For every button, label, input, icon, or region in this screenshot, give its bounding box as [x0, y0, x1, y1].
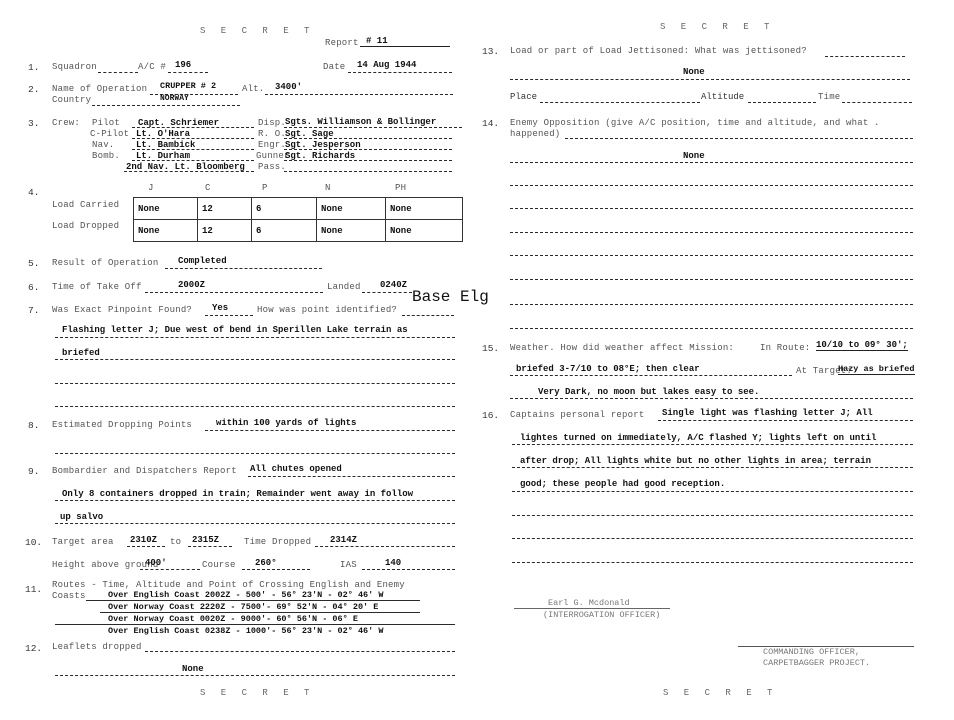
interrogation-officer-title: (INTERROGATION OFFICER) [543, 610, 660, 620]
crew-underline [132, 149, 254, 150]
captains-report-label: Captains personal report [510, 410, 644, 420]
coasts-label: Coasts [52, 591, 86, 601]
course-label: Course [202, 560, 236, 570]
takeoff-value: 2000Z [178, 280, 205, 290]
detail-underline [55, 337, 455, 338]
place-label: Place [510, 92, 537, 102]
item-number: 6. [28, 282, 39, 293]
crew-underline [284, 149, 452, 150]
landed-underline [362, 292, 412, 293]
ac-value: 196 [175, 60, 191, 70]
table-cell: None [386, 198, 463, 220]
load-carried-row: None 12 6 None None [134, 198, 463, 220]
blank-line [512, 562, 913, 563]
weather-underline [510, 398, 913, 399]
to-underline [188, 546, 232, 547]
landed-label: Landed [327, 282, 361, 292]
enemy-opposition-label-2: happened) [510, 129, 560, 139]
crew-role: Bomb. [92, 151, 120, 161]
time-field [842, 102, 912, 103]
load-table: None 12 6 None None None 12 6 None None [133, 197, 463, 242]
enemy-opposition-label: Enemy Opposition (give A/C position, tim… [510, 118, 880, 128]
jettisoned-underline [510, 79, 910, 80]
in-route-label: In Route: [760, 343, 810, 353]
squadron-field [98, 72, 138, 73]
crew-role: Nav. [92, 140, 114, 150]
pinpoint-label: Was Exact Pinpoint Found? [52, 305, 192, 315]
takeoff-label: Time of Take Off [52, 282, 142, 292]
height-underline [140, 569, 200, 570]
report-underline [512, 467, 913, 468]
route-entry: Over Norway Coast 2220Z - 7500'- 69° 52'… [108, 602, 378, 612]
bombardier-detail-line: Only 8 containers dropped in train; Rema… [62, 489, 413, 499]
altitude-field [748, 102, 816, 103]
ias-label: IAS [340, 560, 357, 570]
base-stamp-overlay: Base Elg [412, 288, 489, 306]
course-value: 260° [255, 558, 277, 568]
date-label: Date [323, 62, 345, 72]
report-label: Report [325, 38, 359, 48]
ias-value: 140 [385, 558, 401, 568]
pinpoint-found-value: Yes [212, 303, 228, 313]
commanding-officer-unit: CARPETBAGGER PROJECT. [763, 658, 870, 668]
country-label: Country [52, 95, 91, 105]
leaflets-underline [145, 651, 455, 652]
crew-underline [284, 138, 452, 139]
pinpoint-detail-line: briefed [62, 348, 100, 358]
table-cell: 6 [252, 198, 317, 220]
enemy-underline [565, 138, 913, 139]
classification-header-right: S E C R E T [660, 22, 774, 32]
takeoff-underline [145, 292, 323, 293]
bombardier-report-value: All chutes opened [250, 464, 342, 474]
enemy-opposition-value: None [683, 151, 705, 161]
dropped-underline [315, 546, 455, 547]
from-underline [127, 546, 165, 547]
blank-line [55, 453, 455, 454]
route-underline [55, 624, 455, 625]
blank-line [512, 515, 913, 516]
result-underline [165, 268, 322, 269]
jettisoned-label: Load or part of Load Jettisoned: What wa… [510, 46, 807, 56]
alt-label: Alt. [242, 84, 264, 94]
target-from-value: 2310Z [130, 535, 157, 545]
ias-underline [362, 569, 455, 570]
date-underline [348, 72, 452, 73]
report-underline [658, 420, 913, 421]
item-number: 7. [28, 305, 39, 316]
route-entry: Over English Coast 2002Z - 500' - 56° 23… [108, 590, 383, 600]
crew-underline [284, 171, 452, 172]
stamp-line [510, 304, 913, 305]
blank-line [510, 208, 913, 209]
classification-header-left: S E C R E T [200, 26, 314, 36]
target-to-value: 2315Z [192, 535, 219, 545]
crew-underline [284, 127, 462, 128]
course-underline [242, 569, 310, 570]
classification-footer-right: S E C R E T [663, 688, 777, 698]
place-field [540, 102, 700, 103]
report-underline [512, 444, 913, 445]
captains-report-line: Single light was flashing letter J; All [662, 408, 873, 418]
table-cell: 12 [198, 198, 252, 220]
table-cell: None [317, 198, 386, 220]
load-col-header: C [205, 183, 211, 193]
weather-underline [510, 375, 792, 376]
landed-value: 0240Z [380, 280, 407, 290]
operation-label: Name of Operation [52, 84, 147, 94]
item-number: 5. [28, 258, 39, 269]
captains-report-line: good; these people had good reception. [520, 479, 725, 489]
crew-underline [132, 127, 254, 128]
crew-role: Pass. [258, 162, 286, 172]
item-number: 3. [28, 118, 39, 129]
routes-label: Routes - Time, Altitude and Point of Cro… [52, 580, 405, 590]
crew-role: Engr. [258, 140, 286, 150]
altitude-label: Altitude [701, 92, 744, 102]
weather-label: Weather. How did weather affect Mission: [510, 343, 734, 353]
route-entry: Over English Coast 0238Z - 1000'- 56° 23… [108, 626, 383, 636]
table-cell: 6 [252, 220, 317, 242]
crew-label: Crew: [52, 118, 80, 128]
leaflets-value: None [182, 664, 204, 674]
item-number: 11. [25, 584, 42, 595]
report-underline [512, 491, 913, 492]
load-col-header: P [262, 183, 268, 193]
report-number: # 11 [360, 36, 450, 47]
blank-line [55, 406, 455, 407]
time-label: Time [818, 92, 840, 102]
height-value: 400' [145, 558, 167, 568]
blank-line [510, 185, 913, 186]
alt-value: 3400' [275, 82, 302, 92]
dropping-points-value: within 100 yards of lights [216, 418, 356, 428]
item-number: 4. [28, 187, 39, 198]
crew-role: R. O. [258, 129, 286, 139]
captains-report-line: after drop; All lights white but no othe… [520, 456, 871, 466]
crew-underline [284, 160, 452, 161]
load-col-header: J [148, 183, 154, 193]
route-underline [100, 612, 420, 613]
bombardier-detail-line: up salvo [60, 512, 103, 522]
alt-underline [265, 94, 453, 95]
item-number: 1. [28, 62, 39, 73]
detail-underline [55, 500, 455, 501]
table-cell: 12 [198, 220, 252, 242]
item-number: 13. [482, 46, 499, 57]
jettisoned-underline [825, 56, 905, 57]
commanding-officer-title: COMMANDING OFFICER, [763, 647, 860, 657]
crew-underline [124, 171, 254, 172]
crew-role: Pilot [92, 118, 120, 128]
dropping-underline [205, 430, 455, 431]
result-value: Completed [178, 256, 227, 266]
crew-underline [132, 138, 254, 139]
classification-footer-left: S E C R E T [200, 688, 314, 698]
signature-line [514, 608, 670, 609]
dropping-points-label: Estimated Dropping Points [52, 420, 192, 430]
detail-underline [55, 523, 455, 524]
time-dropped-value: 2314Z [330, 535, 357, 545]
squadron-label: Squadron [52, 62, 97, 72]
ac-label: A/C # [138, 62, 166, 72]
how-underline [402, 315, 454, 316]
operation-value: CRUPPER # 2 [160, 81, 216, 91]
item-number: 15. [482, 343, 499, 354]
blank-line [510, 279, 913, 280]
result-label: Result of Operation [52, 258, 158, 268]
to-label: to [170, 537, 181, 547]
item-number: 14. [482, 118, 499, 129]
country-underline [92, 105, 240, 106]
blank-line [510, 255, 913, 256]
bombardier-underline [248, 476, 455, 477]
ac-underline [168, 72, 208, 73]
load-col-header: N [325, 183, 331, 193]
item-number: 9. [28, 466, 39, 477]
route-underline [86, 600, 420, 601]
item-number: 2. [28, 84, 39, 95]
load-dropped-label: Load Dropped [52, 221, 119, 231]
pinpoint-detail-line: Flashing letter J; Due west of bend in S… [62, 325, 408, 335]
leaflets-underline [55, 675, 455, 676]
found-underline [205, 315, 253, 316]
load-dropped-row: None 12 6 None None [134, 220, 463, 242]
crew-role: C-Pilot [90, 129, 129, 139]
route-entry: Over Norway Coast 0020Z - 9000'- 60° 56'… [108, 614, 358, 624]
captains-report-line: lightes turned on immediately, A/C flash… [520, 433, 876, 443]
country-value: NORWAY [160, 94, 189, 103]
weather-line-3: Very Dark, no moon but lakes easy to see… [538, 387, 759, 397]
load-carried-label: Load Carried [52, 200, 119, 210]
table-cell: None [134, 198, 198, 220]
jettisoned-value: None [683, 67, 705, 77]
weather-line-2: briefed 3-7/10 to 08°E; then clear [516, 364, 700, 374]
item-number: 12. [25, 643, 42, 654]
crew-underline [132, 160, 254, 161]
date-value: 14 Aug 1944 [357, 60, 416, 70]
crew-role: Disp. [258, 118, 286, 128]
in-route-value: 10/10 to 09° 30'; [816, 340, 908, 351]
time-dropped-label: Time Dropped [244, 537, 311, 547]
blank-line [510, 328, 913, 329]
item-number: 8. [28, 420, 39, 431]
item-number: 16. [482, 410, 499, 421]
bombardier-report-label: Bombardier and Dispatchers Report [52, 466, 237, 476]
blank-line [512, 538, 913, 539]
blank-line [510, 232, 913, 233]
table-cell: None [134, 220, 198, 242]
target-area-label: Target area [52, 537, 114, 547]
item-number: 10. [25, 537, 42, 548]
enemy-underline [510, 162, 913, 163]
crew-name: Sgts. Williamson & Bollinger [285, 117, 436, 127]
load-col-header: PH [395, 183, 406, 193]
table-cell: None [386, 220, 463, 242]
at-target-value: Hazy as briefed [838, 364, 915, 375]
table-cell: None [317, 220, 386, 242]
how-identified-label: How was point identified? [257, 305, 397, 315]
detail-underline [55, 359, 455, 360]
blank-line [55, 383, 455, 384]
leaflets-label: Leaflets dropped [52, 642, 142, 652]
interrogation-officer-name: Earl G. Mcdonald [548, 598, 630, 608]
